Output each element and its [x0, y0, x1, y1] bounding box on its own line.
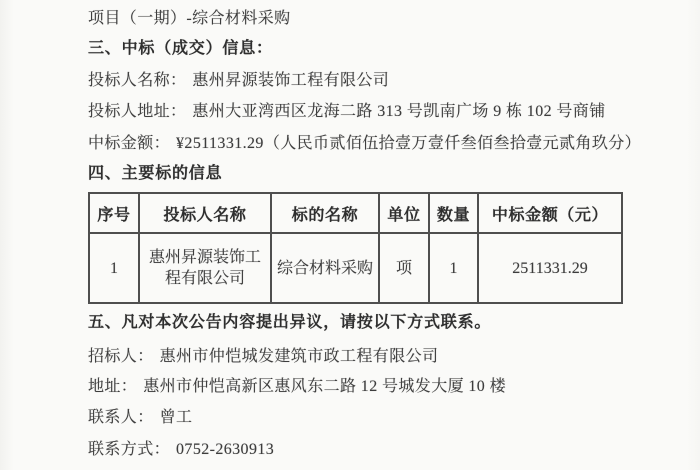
section-3-heading: 三、中标（成交）信息：	[88, 38, 640, 60]
bidder-name-label: 投标人名称：	[88, 72, 186, 89]
tenderer-address-label: 地址：	[88, 378, 137, 395]
table-header-row: 序号 投标人名称 标的名称 单位 数量 中标金额（元）	[89, 193, 622, 233]
header-serial-number: 序号	[89, 193, 139, 233]
tenderer-value: 惠州市仲恺城发建筑市政工程有限公司	[160, 348, 439, 365]
section-4-heading: 四、主要标的信息	[88, 163, 640, 185]
bidder-name-value: 惠州昇源装饰工程有限公司	[192, 72, 389, 89]
project-continuation-line: 项目（一期）-综合材料采购	[88, 8, 640, 30]
award-amount-value: ¥2511331.29（人民币贰佰伍拾壹万壹仟叁佰叁拾壹元贰角玖分）	[176, 135, 641, 152]
header-bidder-name: 投标人名称	[139, 193, 271, 233]
field-tenderer: 招标人：惠州市仲恺城发建筑市政工程有限公司	[88, 346, 640, 368]
contact-phone-label: 联系方式：	[88, 441, 170, 458]
tenderer-label: 招标人：	[88, 348, 154, 365]
contact-person-label: 联系人：	[88, 409, 154, 426]
award-amount-label: 中标金额：	[88, 135, 170, 152]
header-unit: 单位	[379, 193, 429, 233]
tenderer-address-value: 惠州市仲恺高新区惠风东二路 12 号城发大厦 10 楼	[143, 378, 506, 395]
field-bidder-name: 投标人名称：惠州昇源装饰工程有限公司	[88, 70, 640, 92]
field-contact-phone: 联系方式：0752-2630913	[88, 439, 640, 461]
contact-phone-value: 0752-2630913	[176, 441, 274, 458]
field-award-amount: 中标金额：¥2511331.29（人民币贰佰伍拾壹万壹仟叁佰叁拾壹元贰角玖分）	[88, 133, 640, 155]
cell-subject-name: 综合材料采购	[271, 233, 379, 303]
header-subject-name: 标的名称	[271, 193, 379, 233]
award-info-table: 序号 投标人名称 标的名称 单位 数量 中标金额（元） 1 惠州昇源装饰工程有限…	[88, 192, 623, 304]
cell-bidder-name: 惠州昇源装饰工程有限公司	[139, 233, 271, 303]
bidder-address-value: 惠州大亚湾西区龙海二路 313 号凯南广场 9 栋 102 号商铺	[192, 103, 605, 120]
cell-award-amount: 2511331.29	[478, 233, 622, 303]
field-tenderer-address: 地址：惠州市仲恺高新区惠风东二路 12 号城发大厦 10 楼	[88, 376, 640, 398]
table-row: 1 惠州昇源装饰工程有限公司 综合材料采购 项 1 2511331.29	[89, 233, 622, 303]
field-bidder-address: 投标人地址：惠州大亚湾西区龙海二路 313 号凯南广场 9 栋 102 号商铺	[88, 101, 640, 123]
contact-person-value: 曾工	[160, 409, 193, 426]
field-contact-person: 联系人：曾工	[88, 407, 640, 429]
bidder-address-label: 投标人地址：	[88, 103, 186, 120]
cell-serial-number: 1	[89, 233, 139, 303]
cell-quantity: 1	[429, 233, 478, 303]
header-quantity: 数量	[429, 193, 478, 233]
cell-unit: 项	[379, 233, 429, 303]
section-5-heading: 五、凡对本次公告内容提出异议，请按以下方式联系。	[88, 312, 640, 334]
header-award-amount: 中标金额（元）	[478, 193, 622, 233]
scanned-document-page: 项目（一期）-综合材料采购 三、中标（成交）信息： 投标人名称：惠州昇源装饰工程…	[0, 0, 700, 470]
